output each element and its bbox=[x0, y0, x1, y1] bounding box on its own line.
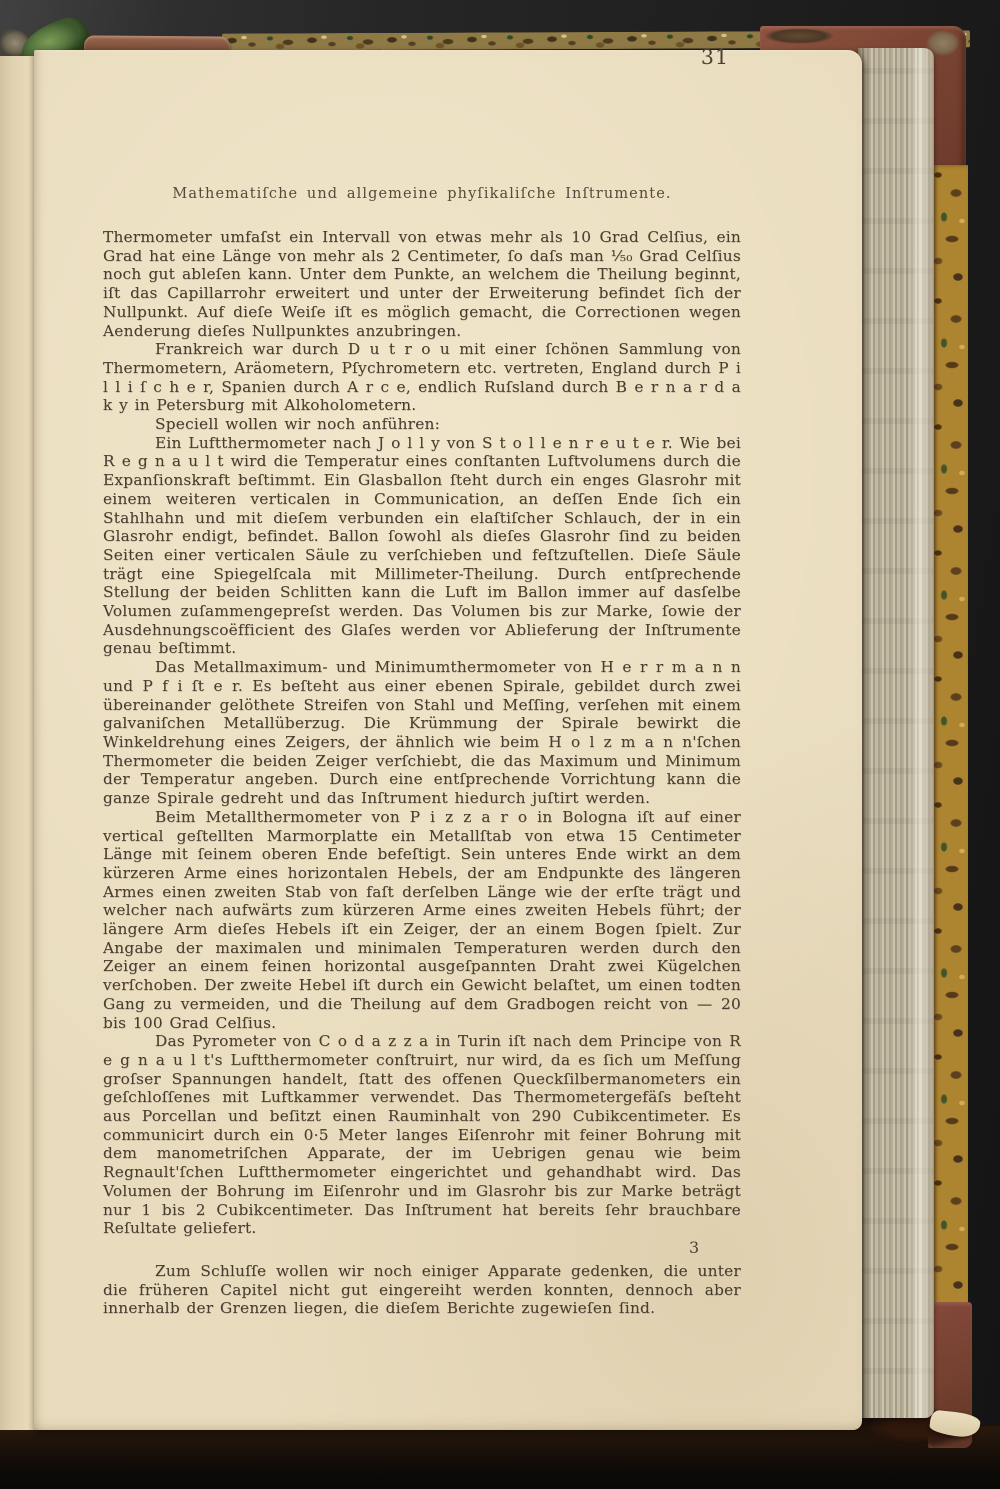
marbled-cover-edge-right bbox=[932, 165, 968, 1310]
paragraph: Das Pyrometer von C o d a z z a in Turin… bbox=[103, 1032, 741, 1238]
paragraph: Speciell wollen wir noch anführen: bbox=[103, 415, 741, 434]
fore-edge-page-stack bbox=[858, 48, 934, 1418]
paragraph: Ein Luftthermometer nach J o l l y von S… bbox=[103, 434, 741, 658]
paragraph-continuation: Thermometer umfaſst ein Intervall von et… bbox=[103, 228, 741, 340]
paragraph: Das Metallmaximum- und Minimumthermomete… bbox=[103, 658, 741, 808]
leather-patina-spot bbox=[764, 28, 834, 44]
page-number: 31 bbox=[701, 45, 729, 69]
signature-mark: 3 bbox=[689, 1238, 699, 1257]
book-scan-photo: Mathematiſche und allgemeine phyſikaliſc… bbox=[0, 0, 1000, 1489]
paragraph: Frankreich war durch D u t r o u mit ein… bbox=[103, 340, 741, 415]
book-page: Mathematiſche und allgemeine phyſikaliſc… bbox=[34, 50, 862, 1430]
paragraph-closing: Zum Schluſſe wollen wir noch einiger App… bbox=[103, 1262, 741, 1318]
running-title: Mathematiſche und allgemeine phyſikaliſc… bbox=[103, 186, 741, 202]
body-text: Thermometer umfaſst ein Intervall von et… bbox=[103, 228, 741, 1318]
page-text-layer: Mathematiſche und allgemeine phyſikaliſc… bbox=[103, 50, 741, 1430]
paragraph: Beim Metallthermometer von P i z z a r o… bbox=[103, 808, 741, 1032]
